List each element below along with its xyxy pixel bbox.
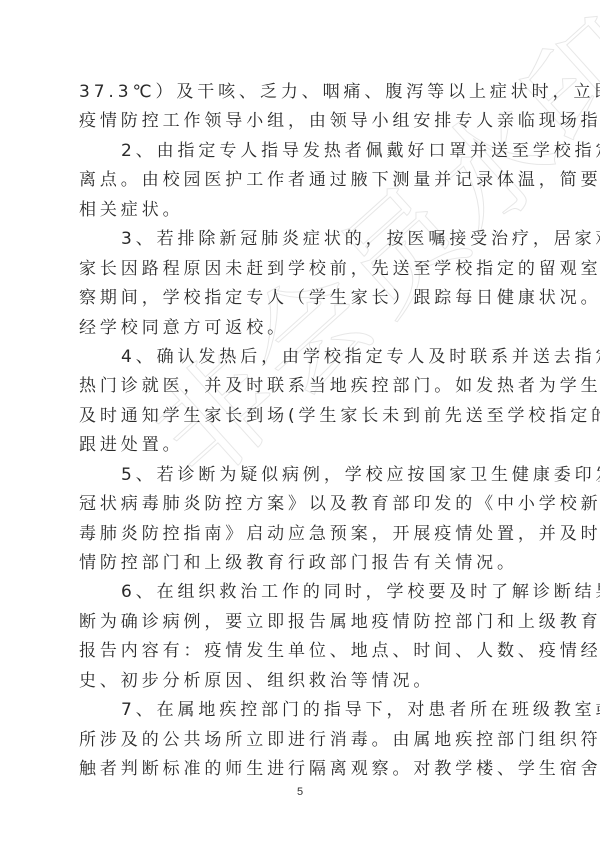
text-line: 所涉及的公共场所立即进行消毒。由属地疾控部门组织符合密切接: [79, 726, 527, 755]
text-line: 跟进处置。: [79, 431, 527, 460]
text-line: 察期间，学校指定专人（学生家长）跟踪每日健康状况。治愈后，: [79, 284, 527, 313]
paragraph-5-start: 5、若诊断为疑似病例，学校应按国家卫生健康委印发的《新型: [79, 461, 527, 490]
text-line: 相关症状。: [79, 196, 527, 225]
text-line: 触者判断标准的师生进行隔离观察。对教学楼、学生宿舍等场所实: [79, 755, 527, 784]
text-line: 37.3℃）及干咳、乏力、咽痛、腹泻等以上症状时，立即报告学校: [79, 78, 527, 107]
text-line: 冠状病毒肺炎防控方案》以及教育部印发的《中小学校新型冠状病: [79, 490, 527, 519]
text-line: 疫情防控工作领导小组，由领导小组安排专人亲临现场指挥。: [79, 107, 527, 136]
paragraph-7-start: 7、在属地疾控部门的指导下，对患者所在班级教室或办公室及: [79, 696, 527, 725]
text-line: 情防控部门和上级教育行政部门报告有关情况。: [79, 549, 527, 578]
text-line: 热门诊就医，并及时联系当地疾控部门。如发热者为学生，学校应: [79, 372, 527, 401]
paragraph-2-start: 2、由指定专人指导发热者佩戴好口罩并送至学校指定的临时隔: [79, 137, 527, 166]
paragraph-3-start: 3、若排除新冠肺炎症状的，按医嘱接受治疗，居家观察（学生: [79, 225, 527, 254]
text-line: 及时通知学生家长到场(学生家长未到前先送至学校指定的留观室): [79, 402, 527, 431]
text-line: 报告内容有：疫情发生单位、地点、时间、人数、疫情经过、接触: [79, 637, 527, 666]
text-line: 经学校同意方可返校。: [79, 314, 527, 343]
text-line: 家长因路程原因未赶到学校前，先送至学校指定的留观室）。隔离观: [79, 255, 527, 284]
text-line: 史、初步分析原因、组织救治等情况。: [79, 667, 527, 696]
paragraph-6-start: 6、在组织救治工作的同时，学校要及时了解诊断结果。一旦诊: [79, 578, 527, 607]
text-line: 毒肺炎防控指南》启动应急预案，开展疫情处置，并及时向属地疫: [79, 520, 527, 549]
text-line: 离点。由校园医护工作者通过腋下测量并记录体温，简要询问核实: [79, 166, 527, 195]
text-line: 断为确诊病例，要立即报告属地疫情防控部门和上级教育行政部门，: [79, 608, 527, 637]
document-page: 非会员水印 37.3℃）及干咳、乏力、咽痛、腹泻等以上症状时，立即报告学校 疫情…: [0, 0, 600, 849]
paragraph-4-start: 4、确认发热后，由学校指定专人及时联系并送去指定的医院发: [79, 343, 527, 372]
page-number: 5: [0, 786, 600, 798]
body-text: 37.3℃）及干咳、乏力、咽痛、腹泻等以上症状时，立即报告学校 疫情防控工作领导…: [79, 78, 527, 785]
